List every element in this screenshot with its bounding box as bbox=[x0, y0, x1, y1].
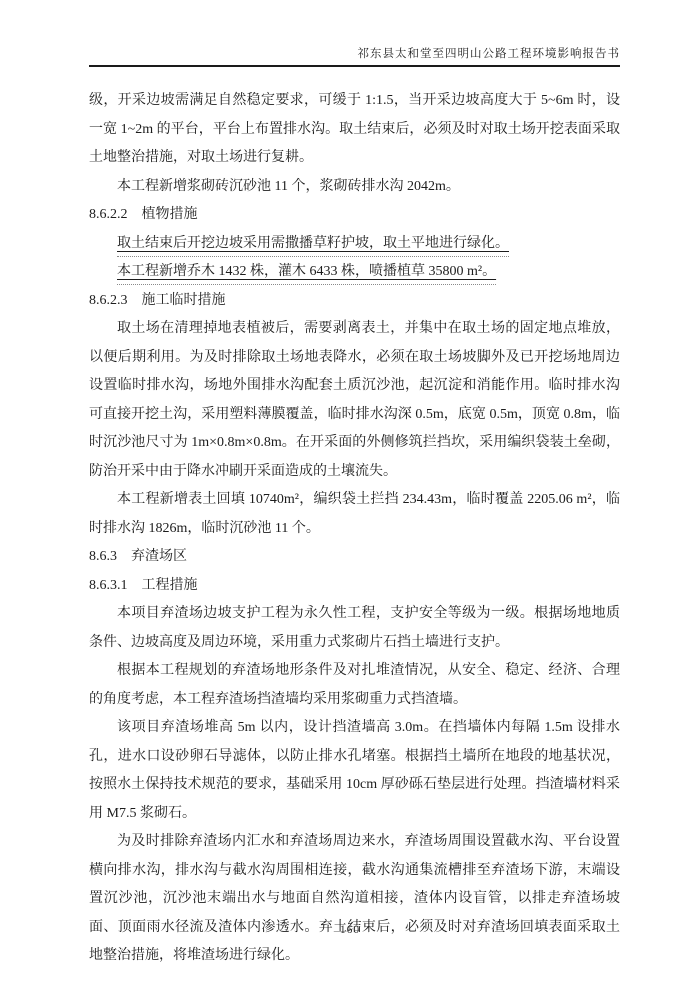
section-heading-8-6-2-3: 8.6.2.3 施工临时措施 bbox=[89, 287, 620, 316]
underlined-text: 本工程新增乔木 1432 株，灌木 6433 株，喷播植草 35800 m²。 bbox=[117, 264, 496, 285]
body-paragraph: 取土场在清理掉地表植被后，需要剥离表土，并集中在取土场的固定地点堆放，以便后期利… bbox=[89, 315, 620, 486]
page-number: 160 bbox=[340, 924, 360, 936]
underlined-text: 取土结束后开挖边坡采用需撒播草籽护坡，取土平地进行绿化。 bbox=[117, 236, 509, 257]
page-footer: 160 bbox=[0, 920, 700, 938]
underlined-paragraph: 取土结束后开挖边坡采用需撒播草籽护坡，取土平地进行绿化。 bbox=[89, 230, 620, 259]
body-paragraph: 级，开采边坡需满足自然稳定要求，可缓于 1:1.5，当开采边坡高度大于 5~6m… bbox=[89, 87, 620, 173]
section-heading-8-6-3-1: 8.6.3.1 工程措施 bbox=[89, 572, 620, 601]
body-paragraph: 本项目弃渣场边坡支护工程为永久性工程，支护安全等级为一级。根据场地地质条件、边坡… bbox=[89, 600, 620, 657]
underlined-paragraph: 本工程新增乔木 1432 株，灌木 6433 株，喷播植草 35800 m²。 bbox=[89, 258, 620, 287]
body-paragraph: 根据本工程规划的弃渣场地形条件及对扎堆渣情况，从安全、稳定、经济、合理的角度考虑… bbox=[89, 657, 620, 714]
report-header-title: 祁东县太和堂至四明山公路工程环境影响报告书 bbox=[89, 45, 620, 61]
body-paragraph: 为及时排除弃渣场内汇水和弃渣场周边来水，弃渣场周围设置截水沟、平台设置横向排水沟… bbox=[89, 828, 620, 971]
body-paragraph: 本工程新增表土回填 10740m²，编织袋土拦挡 234.43m，临时覆盖 22… bbox=[89, 486, 620, 543]
document-page: 祁东县太和堂至四明山公路工程环境影响报告书 级，开采边坡需满足自然稳定要求，可缓… bbox=[0, 0, 700, 990]
body-paragraph: 该项目弃渣场堆高 5m 以内，设计挡渣墙高 3.0m。在挡墙体内每隔 1.5m … bbox=[89, 714, 620, 828]
body-paragraph: 本工程新增浆砌砖沉砂池 11 个，浆砌砖排水沟 2042m。 bbox=[89, 173, 620, 202]
section-heading-8-6-2-2: 8.6.2.2 植物措施 bbox=[89, 201, 620, 230]
document-body: 级，开采边坡需满足自然稳定要求，可缓于 1:1.5，当开采边坡高度大于 5~6m… bbox=[89, 87, 620, 971]
page-header: 祁东县太和堂至四明山公路工程环境影响报告书 bbox=[89, 0, 620, 67]
section-heading-8-6-3: 8.6.3 弃渣场区 bbox=[89, 543, 620, 572]
